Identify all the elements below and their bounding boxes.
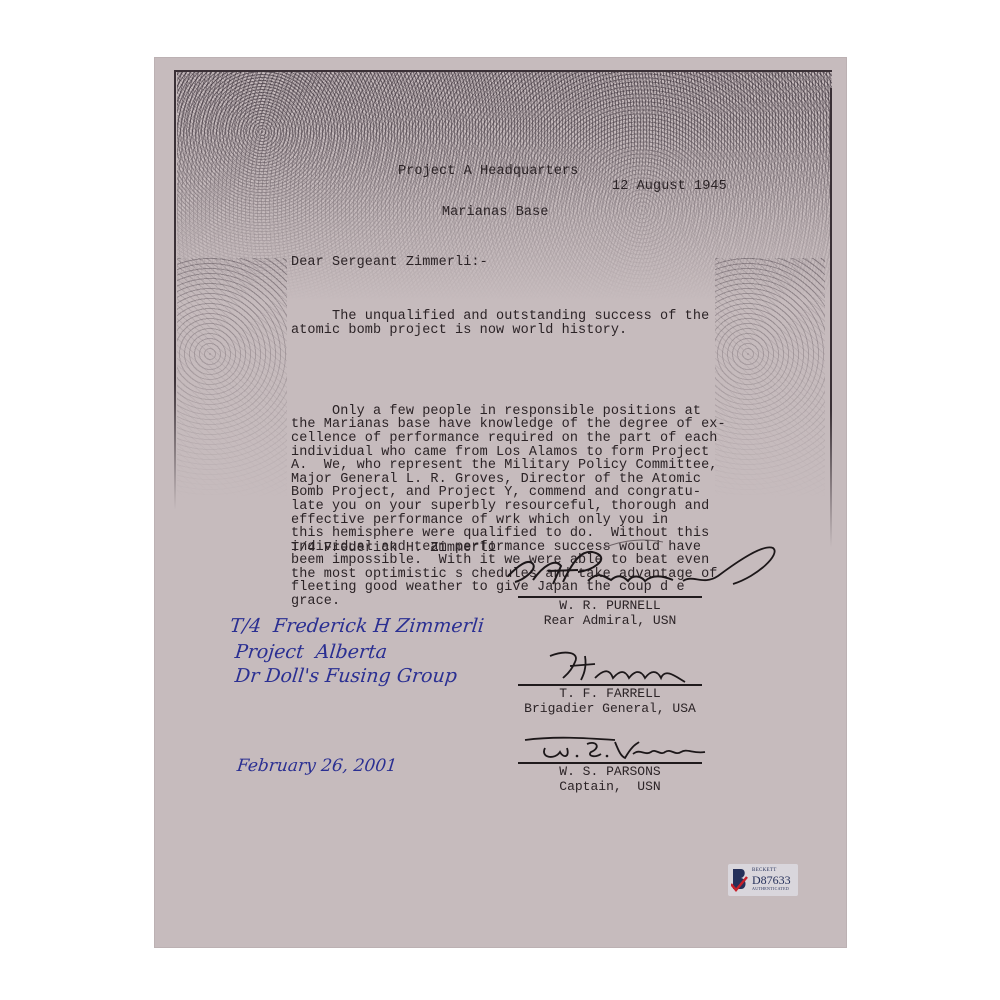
signature-block-parsons: W. S. PARSONS Captain, USN [515,734,705,794]
beckett-authentication-sticker: BECKETT D87633 AUTHENTICATED [728,864,798,896]
signatory-title: Rear Admiral, USN [515,613,705,628]
recipient-typed-name: T/4 Frederick H. Zimmerli [291,542,496,556]
inscription-line-1: T/4 Frederick H Zimmerli [229,614,485,638]
beckett-code: D87633 [752,874,791,886]
signature-farrell [515,648,715,684]
beckett-logo-icon [731,867,749,893]
inscription-date: February 26, 2001 [236,754,398,778]
signatory-name: W. S. PARSONS [515,764,705,779]
letterhead-line-2: Marianas Base [398,206,578,220]
beckett-subtext: AUTHENTICATED [752,886,791,892]
signatory-name: W. R. PURNELL [515,598,705,613]
letter-paper: Project A Headquarters Marianas Base 12 … [155,58,846,947]
signature-block-farrell: T. F. FARRELL Brigadier General, USA [515,648,705,716]
signature-block-purnell: W. R. PURNELL Rear Admiral, USN [515,536,705,628]
signatory-name: T. F. FARRELL [515,686,705,701]
signatory-title: Brigadier General, USA [515,701,705,716]
printed-border-left [174,70,176,510]
letterhead-line-1: Project A Headquarters [398,165,578,179]
paragraph-1: The unqualified and outstanding success … [291,310,726,337]
printed-border-right [830,88,832,548]
letterhead: Project A Headquarters Marianas Base [398,138,578,247]
signature-parsons [515,734,715,762]
letter-date: 12 August 1945 [612,180,727,194]
inscription-line-3: Dr Doll's Fusing Group [234,664,459,688]
beckett-sticker-text: BECKETT D87633 AUTHENTICATED [752,868,791,892]
salutation: Dear Sergeant Zimmerli:- [291,256,488,270]
printed-border-top [174,70,832,72]
photocopy-noise-left [177,258,287,498]
signatory-title: Captain, USN [515,779,705,794]
signature-purnell [503,536,793,596]
photocopy-noise-right [715,258,825,498]
inscription-line-2: Project Alberta [234,640,389,664]
